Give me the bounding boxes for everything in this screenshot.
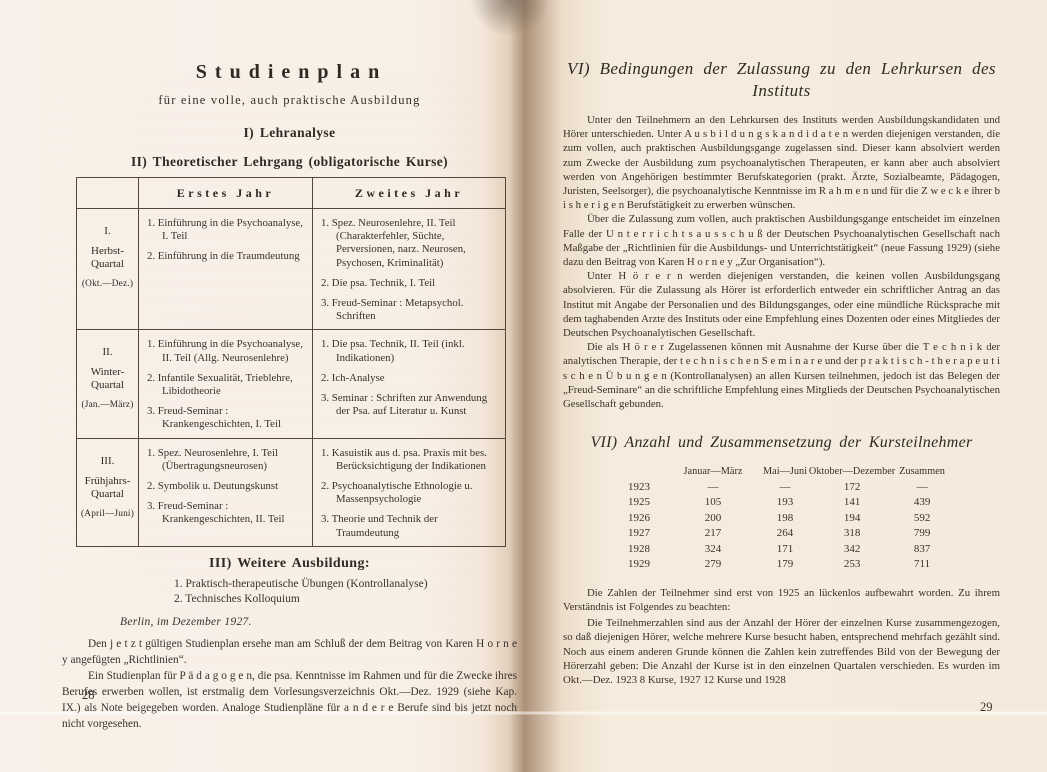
page-subtitle: für eine volle, auch praktische Ausbildu… [62, 93, 517, 108]
paragraph: Die Teilnehmerzahlen sind aus der Anzahl… [563, 616, 1000, 687]
value-cell: 141 [807, 494, 897, 510]
course-item: 2. Infantile Sexualität, Trieblehre, Lib… [147, 372, 305, 398]
second-year-courses: 1. Spez. Neurosenlehre, II. Teil (Charak… [313, 209, 506, 330]
first-year-courses: 1. Spez. Neurosenlehre, I. Teil (Übertra… [139, 438, 313, 546]
table-row-1929: 1929 279 179 253 711 [615, 556, 947, 572]
quarter-numeral: II. [78, 346, 137, 359]
quarter-cell: II. Winter- Quartal (Jan.—März) [77, 330, 139, 438]
chapter-vi-body: Unter den Teilnehmern an den Lehrkursen … [563, 113, 1000, 411]
table-row-1923: 1923 — — 172 — [615, 479, 947, 495]
quarter-range: (April—Juni) [78, 508, 137, 521]
page-number-right: 29 [980, 700, 993, 715]
quarter-cell: III. Frühjahrs- Quartal (April—Juni) [77, 438, 139, 546]
right-page: VI) Bedingungen der Zulassung zu den Leh… [563, 52, 1000, 687]
participants-table: Januar—März Mai—Juni Oktober—Dezember Zu… [615, 463, 947, 572]
quarter-range: (Jan.—März) [78, 399, 137, 412]
table-row-fruehjahrs-quartal: III. Frühjahrs- Quartal (April—Juni) 1. … [77, 438, 506, 546]
course-item: 2. Ich-Analyse [321, 372, 498, 385]
curriculum-header-first-year: Erstes Jahr [139, 178, 313, 209]
second-year-courses: 1. Die psa. Technik, II. Teil (inkl. Ind… [313, 330, 506, 438]
table-row-1928: 1928 324 171 342 837 [615, 541, 947, 557]
course-item: 3. Seminar : Schriften zur Anwendung der… [321, 392, 498, 418]
quarter-numeral: III. [78, 455, 137, 468]
paragraph: Die als H ö r e r Zugelassenen können mi… [563, 340, 1000, 411]
book-scan: Studienplan für eine volle, auch praktis… [0, 0, 1047, 772]
table-row-1925: 1925 105 193 141 439 [615, 494, 947, 510]
value-cell: 198 [763, 510, 807, 526]
value-cell: 342 [807, 541, 897, 557]
course-item: 3. Freud-Seminar : Metapsychol. Schrifte… [321, 297, 498, 323]
value-cell: 711 [897, 556, 947, 572]
curriculum-header-second-year: Zweites Jahr [313, 178, 506, 209]
year-cell: 1925 [615, 494, 663, 510]
value-cell: 194 [807, 510, 897, 526]
course-item: 1. Spez. Neurosenlehre, II. Teil (Charak… [321, 217, 498, 270]
first-year-courses: 1. Einführung in die Psychoanalyse, II. … [139, 330, 313, 438]
participants-header-row: Januar—März Mai—Juni Oktober—Dezember Zu… [615, 463, 947, 479]
participants-header-jan-maerz: Januar—März [663, 463, 763, 479]
quarter-name-line1: Herbst- [78, 245, 137, 258]
paragraph: Ein Studienplan für P ä d a g o g e n, d… [62, 669, 517, 732]
chapter-heading-vii: VII) Anzahl und Zusammensetzung der Kurs… [563, 433, 1000, 453]
quarter-name-line2: Quartal [78, 488, 137, 501]
course-item: 2. Symbolik u. Deutungskunst [147, 480, 305, 493]
page-number-left: 28 [82, 688, 95, 703]
course-item: 1. Einführung in die Psychoanalyse, I. T… [147, 217, 305, 243]
value-cell: 217 [663, 525, 763, 541]
value-cell: 200 [663, 510, 763, 526]
participants-header-okt-dez: Oktober—Dezember [807, 463, 897, 479]
value-cell: 318 [807, 525, 897, 541]
curriculum-header-empty [77, 178, 139, 209]
value-cell: 172 [807, 479, 897, 495]
dateline: Berlin, im Dezember 1927. [120, 616, 517, 628]
value-cell: — [897, 479, 947, 495]
value-cell: — [763, 479, 807, 495]
table-row-winter-quartal: II. Winter- Quartal (Jan.—März) 1. Einfü… [77, 330, 506, 438]
participants-header-zusammen: Zusammen [897, 463, 947, 479]
paragraph: Über die Zulassung zum vollen, auch prak… [563, 212, 1000, 269]
value-cell: 171 [763, 541, 807, 557]
quarter-name-line2: Quartal [78, 258, 137, 271]
course-item: 3. Freud-Seminar : Krankengeschichten, I… [147, 405, 305, 431]
value-cell: 179 [763, 556, 807, 572]
value-cell: 439 [897, 494, 947, 510]
year-cell: 1926 [615, 510, 663, 526]
chapter-heading-vi: VI) Bedingungen der Zulassung zu den Leh… [563, 58, 1000, 102]
further-training-item: 1. Praktisch-therapeutische Übungen (Kon… [174, 577, 517, 592]
table-row-1927: 1927 217 264 318 799 [615, 525, 947, 541]
value-cell: 837 [897, 541, 947, 557]
course-item: 2. Die psa. Technik, I. Teil [321, 277, 498, 290]
year-cell: 1923 [615, 479, 663, 495]
course-item: 2. Einführung in die Traumdeutung [147, 250, 305, 263]
table-row-1926: 1926 200 198 194 592 [615, 510, 947, 526]
curriculum-header-row: Erstes Jahr Zweites Jahr [77, 178, 506, 209]
paragraph: Unter H ö r e r n werden diejenigen vers… [563, 269, 1000, 340]
value-cell: 253 [807, 556, 897, 572]
paragraph: Den j e t z t gültigen Studienplan erseh… [62, 637, 517, 669]
course-item: 3. Theorie und Technik der Traumdeutung [321, 513, 498, 539]
value-cell: — [663, 479, 763, 495]
course-item: 1. Kasuistik aus d. psa. Praxis mit bes.… [321, 447, 498, 473]
course-item: 3. Freud-Seminar : Krankengeschichten, I… [147, 500, 305, 526]
value-cell: 279 [663, 556, 763, 572]
value-cell: 799 [897, 525, 947, 541]
quarter-name-line2: Quartal [78, 379, 137, 392]
further-training-list: 1. Praktisch-therapeutische Übungen (Kon… [174, 577, 517, 607]
participants-header-mai-juni: Mai—Juni [763, 463, 807, 479]
section-heading-lehranalyse: I) Lehranalyse [62, 125, 517, 141]
course-item: 1. Die psa. Technik, II. Teil (inkl. Ind… [321, 338, 498, 364]
section-heading-weitere-ausbildung: III) Weitere Ausbildung: [62, 556, 517, 572]
first-year-courses: 1. Einführung in die Psychoanalyse, I. T… [139, 209, 313, 330]
page-title: Studienplan [66, 60, 517, 84]
paragraph: Die Zahlen der Teilnehmer sind erst von … [563, 586, 1000, 614]
quarter-range: (Okt.—Dez.) [78, 278, 137, 291]
quarter-name-line1: Winter- [78, 366, 137, 379]
paragraph: Unter den Teilnehmern an den Lehrkursen … [563, 113, 1000, 212]
course-item: 1. Spez. Neurosenlehre, I. Teil (Übertra… [147, 447, 305, 473]
quarter-cell: I. Herbst- Quartal (Okt.—Dez.) [77, 209, 139, 330]
year-cell: 1927 [615, 525, 663, 541]
curriculum-table: Erstes Jahr Zweites Jahr I. Herbst- Quar… [76, 177, 506, 547]
section-heading-theoretischer-lehrgang: II) Theoretischer Lehrgang (obligatorisc… [62, 154, 517, 170]
course-item: 2. Psychoanalytische Ethnologie u. Masse… [321, 480, 498, 506]
year-cell: 1928 [615, 541, 663, 557]
left-page: Studienplan für eine volle, auch praktis… [62, 58, 517, 733]
value-cell: 264 [763, 525, 807, 541]
course-item: 1. Einführung in die Psychoanalyse, II. … [147, 338, 305, 364]
second-year-courses: 1. Kasuistik aus d. psa. Praxis mit bes.… [313, 438, 506, 546]
value-cell: 105 [663, 494, 763, 510]
table-row-herbst-quartal: I. Herbst- Quartal (Okt.—Dez.) 1. Einfüh… [77, 209, 506, 330]
quarter-name-line1: Frühjahrs- [78, 475, 137, 488]
value-cell: 193 [763, 494, 807, 510]
year-cell: 1929 [615, 556, 663, 572]
further-training-item: 2. Technisches Kolloquium [174, 592, 517, 607]
value-cell: 592 [897, 510, 947, 526]
participants-header-empty [615, 463, 663, 479]
quarter-numeral: I. [78, 225, 137, 238]
value-cell: 324 [663, 541, 763, 557]
